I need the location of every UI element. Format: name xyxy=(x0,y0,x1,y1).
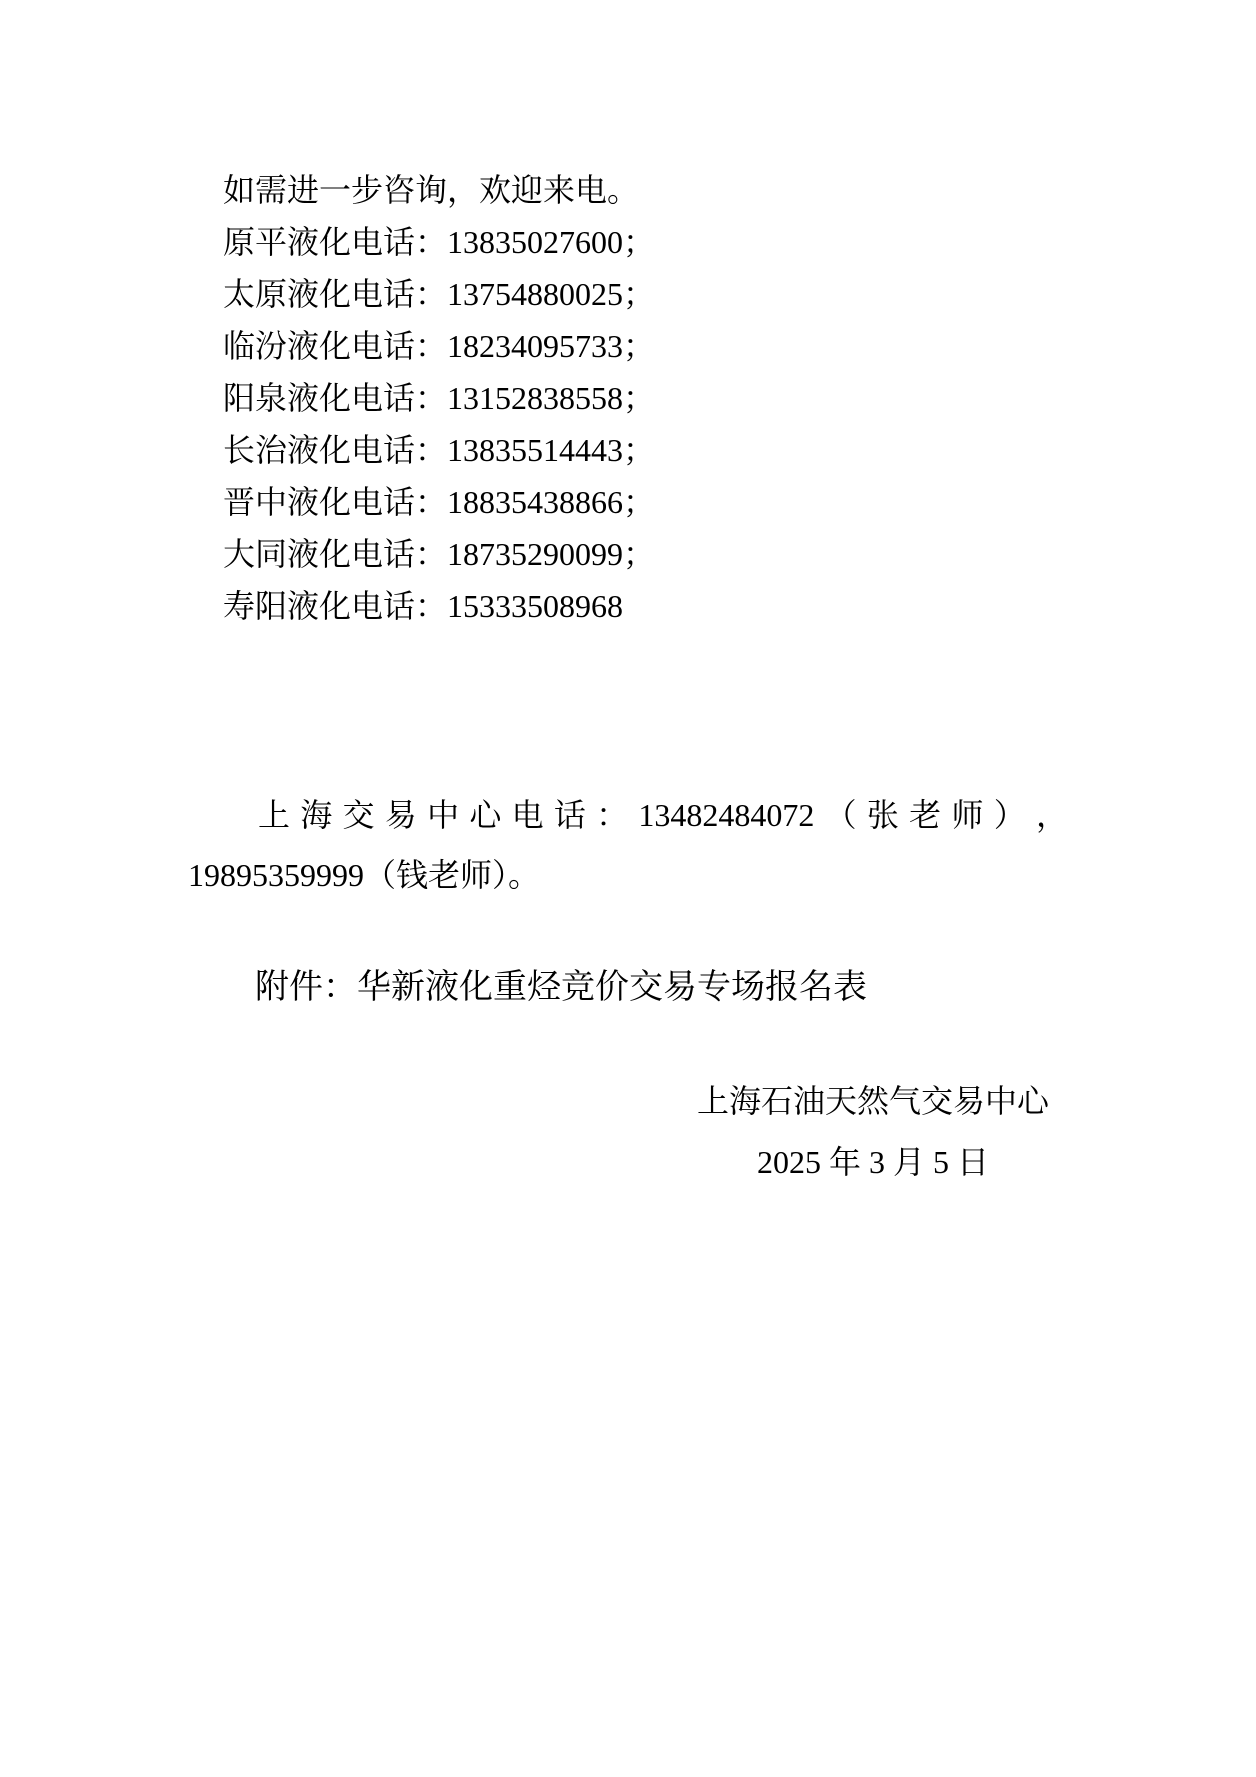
document-content: 如需进一步咨询，欢迎来电。 原平液化电话：13835027600；太原液化电话：… xyxy=(0,0,1256,1193)
justified-token: 师 xyxy=(951,785,983,845)
justified-token: 13482484072 xyxy=(638,785,814,845)
intro-line: 如需进一步咨询，欢迎来电。 xyxy=(188,164,1068,216)
justified-token: 海 xyxy=(300,785,332,845)
justified-token: ， xyxy=(1036,785,1068,845)
justified-token: 话 xyxy=(554,785,586,845)
phone-list: 原平液化电话：13835027600；太原液化电话：13754880025；临汾… xyxy=(188,216,1068,632)
phone-line: 临汾液化电话：18234095733； xyxy=(188,320,1068,372)
justified-token: ： xyxy=(596,785,628,845)
justified-token: 电 xyxy=(512,785,544,845)
justified-token: （ xyxy=(825,785,857,845)
phone-line: 晋中液化电话：18835438866； xyxy=(188,476,1068,528)
document-page: 如需进一步咨询，欢迎来电。 原平液化电话：13835027600；太原液化电话：… xyxy=(0,0,1256,1777)
trading-center-paragraph: 上海交易中心电话：13482484072（张老师）， 19895359999（钱… xyxy=(188,785,1068,905)
justified-token: 上 xyxy=(258,785,290,845)
justified-token: 交 xyxy=(343,785,375,845)
justified-token: 中 xyxy=(427,785,459,845)
trading-center-line-2: 19895359999（钱老师）。 xyxy=(188,845,1068,905)
phone-line: 太原液化电话：13754880025； xyxy=(188,268,1068,320)
phone-line: 原平液化电话：13835027600； xyxy=(188,216,1068,268)
phone-line: 大同液化电话：18735290099； xyxy=(188,528,1068,580)
justified-token: 张 xyxy=(867,785,899,845)
phone-line: 长治液化电话：13835514443； xyxy=(188,424,1068,476)
phone-line: 阳泉液化电话：13152838558； xyxy=(188,372,1068,424)
signature-block: 上海石油天然气交易中心 2025 年 3 月 5 日 xyxy=(697,1071,1049,1193)
phone-line: 寿阳液化电话：15333508968 xyxy=(188,580,1068,632)
justified-token: ） xyxy=(994,785,1026,845)
signature-date: 2025 年 3 月 5 日 xyxy=(697,1132,1049,1193)
trading-center-line-1: 上海交易中心电话：13482484072（张老师）， xyxy=(188,785,1068,845)
signature-organization: 上海石油天然气交易中心 xyxy=(697,1071,1049,1132)
attachment-line: 附件：华新液化重烃竞价交易专场报名表 xyxy=(188,962,1068,1014)
justified-token: 心 xyxy=(469,785,501,845)
justified-token: 易 xyxy=(385,785,417,845)
justified-token: 老 xyxy=(909,785,941,845)
